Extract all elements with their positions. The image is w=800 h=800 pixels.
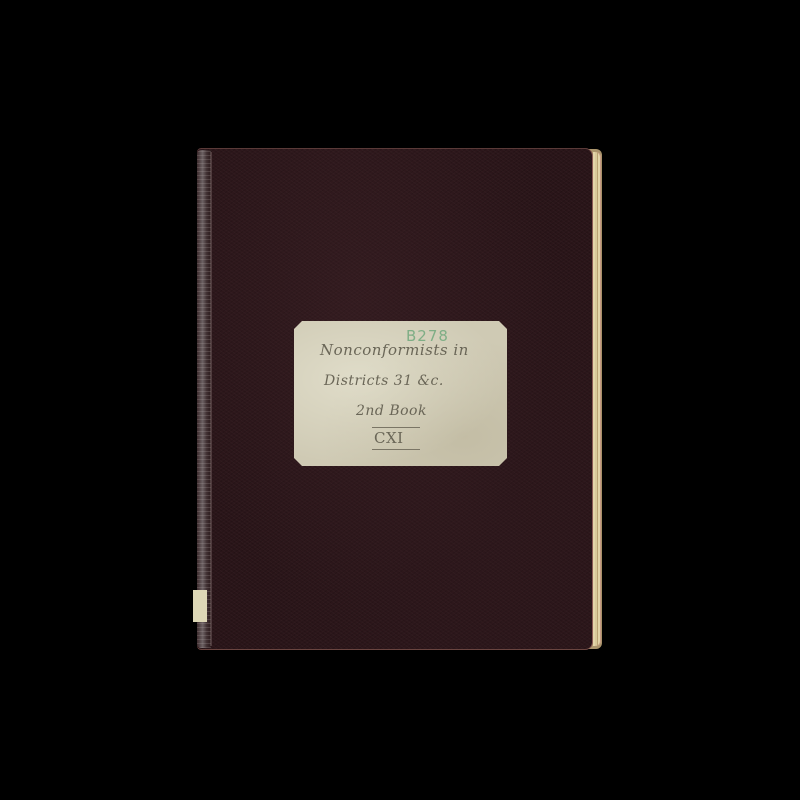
- label-volume-number: CXI: [374, 429, 404, 447]
- notebook-spine: [197, 150, 211, 648]
- cover-label: B278 Nonconformists in Districts 31 &c. …: [294, 321, 507, 466]
- volume-underline: [372, 449, 420, 450]
- library-tag: [193, 590, 207, 622]
- label-title-line2: Districts 31 &c.: [324, 373, 444, 389]
- label-title-line1: Nonconformists in: [320, 341, 469, 359]
- spine-hinge-line: [210, 152, 212, 646]
- label-book-number: 2nd Book: [356, 403, 427, 419]
- volume-overline: [372, 427, 420, 428]
- photo-background: B278 Nonconformists in Districts 31 &c. …: [0, 0, 800, 800]
